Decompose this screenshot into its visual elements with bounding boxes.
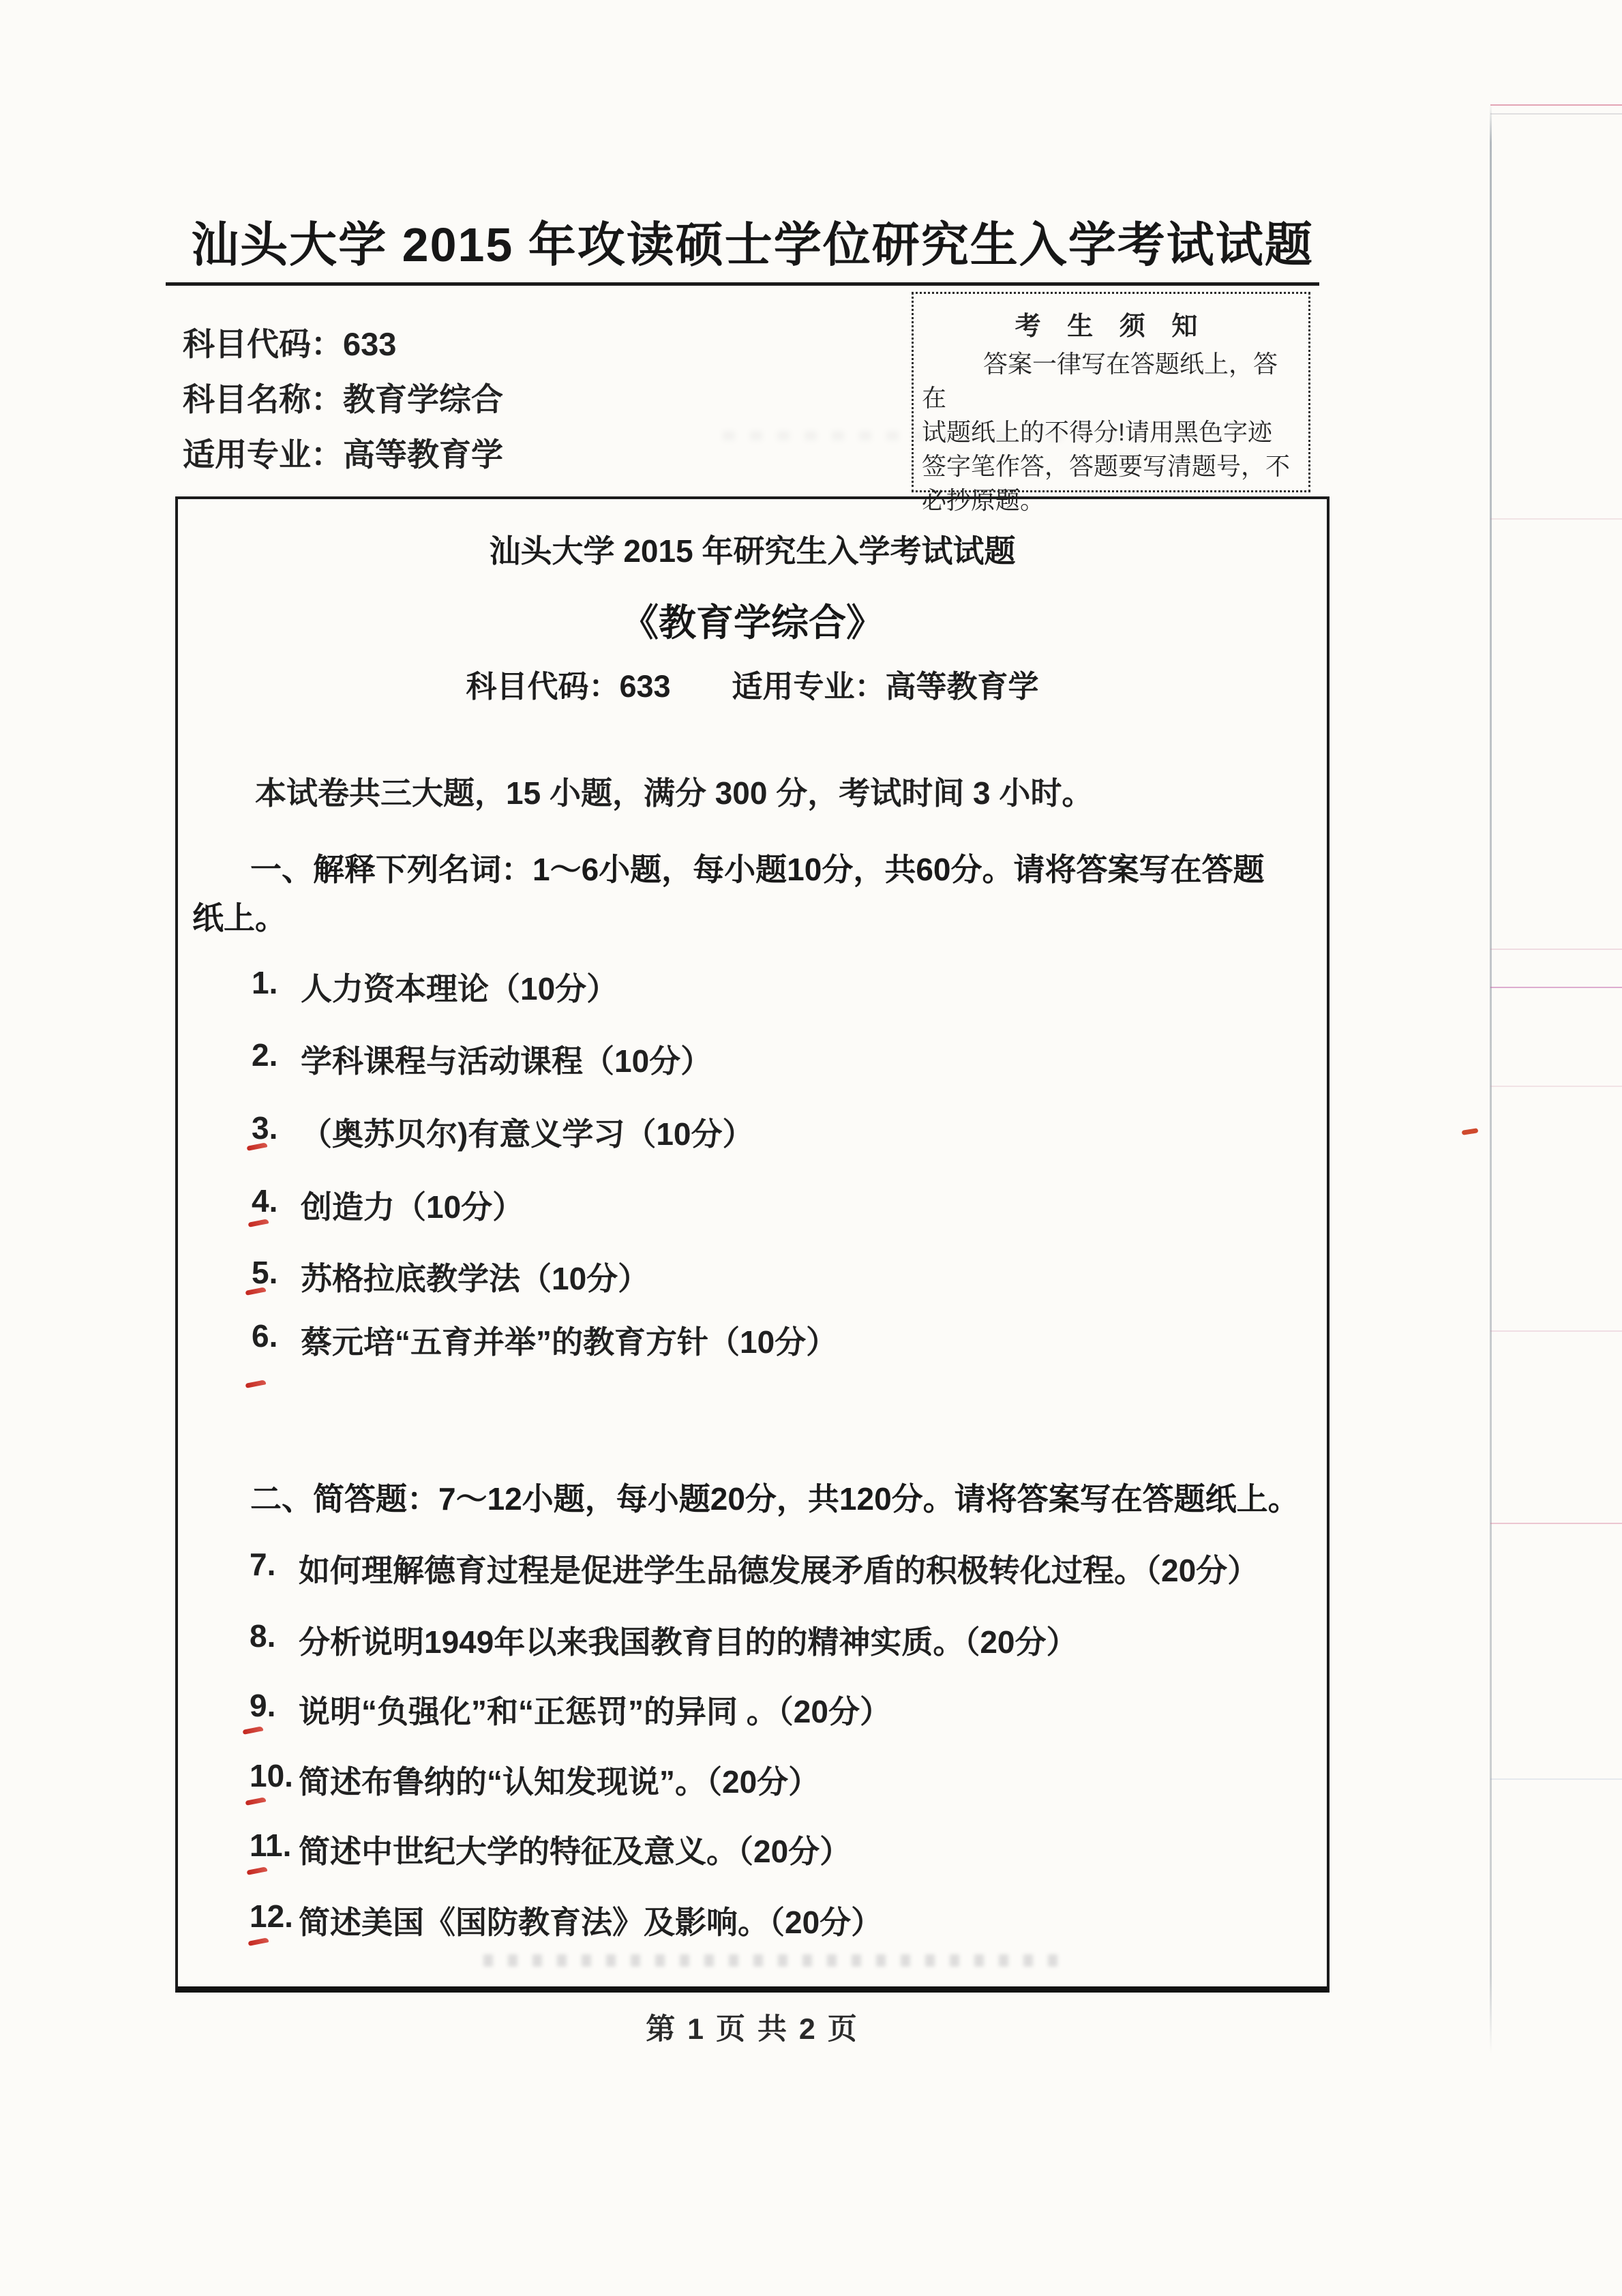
major-line: 适用专业：高等教育学 xyxy=(183,430,503,466)
question-number: 4. xyxy=(252,1182,301,1219)
question-item-6: 6. 蔡元培“五育并举”的教育方针（10分） xyxy=(252,1317,837,1362)
section2-heading: 二、简答题：7～12小题，每小题20分，共120分。请将答案写在答题纸上。 xyxy=(250,1474,1300,1519)
question-number: 9. xyxy=(250,1687,299,1724)
candidate-notice-box: 考 生 须 知 答案一律写在答题纸上，答在 试题纸上的不得分!请用黑色字迹 签字… xyxy=(912,292,1310,492)
question-text: 蔡元培“五育并举”的教育方针（10分） xyxy=(301,1317,837,1362)
question-text: 学科课程与活动课程（10分） xyxy=(301,1037,712,1082)
question-text: 简述布鲁纳的“认知发现说”。（20分） xyxy=(299,1757,820,1802)
section1-heading-line2: 纸上。 xyxy=(192,893,286,938)
exam-content-box: 汕头大学 2015 年研究生入学考试试题 《教育学综合》 科目代码：633 适用… xyxy=(175,496,1330,1993)
notice-line: 签字笔作答，答题要写清题号，不 xyxy=(922,449,1301,483)
question-item-10: 10. 简述布鲁纳的“认知发现说”。（20分） xyxy=(250,1757,820,1802)
question-number: 2. xyxy=(252,1037,301,1073)
question-text: 创造力（10分） xyxy=(301,1182,524,1227)
question-text: 如何理解德育过程是促进学生品德发展矛盾的积极转化过程。（20分） xyxy=(299,1546,1259,1591)
ruled-paper-line xyxy=(1490,1523,1622,1524)
question-text: 简述中世纪大学的特征及意义。（20分） xyxy=(299,1827,851,1872)
question-item-3: 3. （奥苏贝尔)有意义学习（10分） xyxy=(252,1109,753,1154)
question-number: 7. xyxy=(250,1546,299,1583)
question-number: 10. xyxy=(250,1757,299,1794)
question-text: 人力资本理论（10分） xyxy=(301,964,618,1009)
grader-tick-mark xyxy=(245,1797,267,1806)
question-number: 6. xyxy=(252,1317,301,1354)
question-item-12: 12. 简述美国《国防教育法》及影响。（20分） xyxy=(250,1898,882,1943)
question-text: 苏格拉底教学法（10分） xyxy=(301,1254,649,1299)
question-number: 12. xyxy=(250,1898,299,1935)
scan-page-edge-line xyxy=(1490,104,1492,2054)
question-number: 11. xyxy=(250,1827,299,1864)
ruled-paper-line xyxy=(1490,104,1622,106)
ruled-paper-line xyxy=(1490,1330,1622,1332)
scanned-exam-page: 汕头大学 2015 年攻读硕士学位研究生入学考试试题 科目代码：633 科目名称… xyxy=(0,0,1622,2296)
question-item-7: 7. 如何理解德育过程是促进学生品德发展矛盾的积极转化过程。（20分） xyxy=(250,1546,1259,1591)
question-item-11: 11. 简述中世纪大学的特征及意义。（20分） xyxy=(250,1827,851,1872)
exam-title: 汕头大学 2015 年研究生入学考试试题 xyxy=(178,526,1327,571)
question-item-9: 9. 说明“负强化”和“正惩罚”的异同 。（20分） xyxy=(250,1687,891,1732)
subject-code-line: 科目代码：633 xyxy=(183,319,396,356)
page-title: 汕头大学 2015 年攻读硕士学位研究生入学考试试题 xyxy=(175,207,1330,275)
notice-title: 考 生 须 知 xyxy=(914,305,1308,342)
notice-line: 答案一律写在答题纸上，答在 xyxy=(922,347,1301,415)
red-pen-dash xyxy=(1462,1128,1479,1135)
ruled-paper-line xyxy=(1490,987,1622,988)
section1-heading-line1: 一、解释下列名词：1～6小题，每小题10分，共60分。请将答案写在答题 xyxy=(250,845,1265,890)
question-number: 5. xyxy=(252,1254,301,1291)
question-text: 分析说明1949年以来我国教育目的的精神实质。（20分） xyxy=(299,1617,1078,1663)
exam-intro: 本试卷共三大题，15 小题，满分 300 分，考试时间 3 小时。 xyxy=(255,769,1093,814)
title-divider xyxy=(166,282,1319,286)
subject-name-line: 科目名称：教育学综合 xyxy=(183,374,503,411)
question-text: （奥苏贝尔)有意义学习（10分） xyxy=(301,1109,753,1154)
question-item-2: 2. 学科课程与活动课程（10分） xyxy=(252,1037,712,1082)
bleedthrough-smudge xyxy=(723,431,1186,441)
question-item-8: 8. 分析说明1949年以来我国教育目的的精神实质。（20分） xyxy=(250,1617,1078,1663)
question-number: 3. xyxy=(252,1109,301,1146)
ruled-paper-line xyxy=(1490,1778,1622,1780)
grader-tick-mark xyxy=(245,1380,267,1388)
exam-subtitle: 《教育学综合》 xyxy=(178,593,1327,646)
question-item-1: 1. 人力资本理论（10分） xyxy=(252,964,618,1009)
question-number: 8. xyxy=(250,1617,299,1654)
question-text: 说明“负强化”和“正惩罚”的异同 。（20分） xyxy=(299,1687,891,1732)
question-number: 1. xyxy=(252,964,301,1001)
question-item-5: 5. 苏格拉底教学法（10分） xyxy=(252,1254,649,1299)
ruled-paper-line xyxy=(1490,949,1622,950)
question-text: 简述美国《国防教育法》及影响。（20分） xyxy=(299,1898,882,1943)
question-item-4: 4. 创造力（10分） xyxy=(252,1182,524,1227)
ruled-paper-line xyxy=(1490,1086,1622,1087)
ruled-paper-line xyxy=(1490,113,1622,115)
exam-subject-line: 科目代码：633 适用专业：高等教育学 xyxy=(178,661,1327,706)
grader-tick-mark xyxy=(243,1726,264,1735)
page-number-footer: 第 1 页 共 2 页 xyxy=(175,2006,1330,2048)
ruled-paper-line xyxy=(1490,518,1622,520)
bleedthrough-smudge xyxy=(483,1954,1070,1967)
